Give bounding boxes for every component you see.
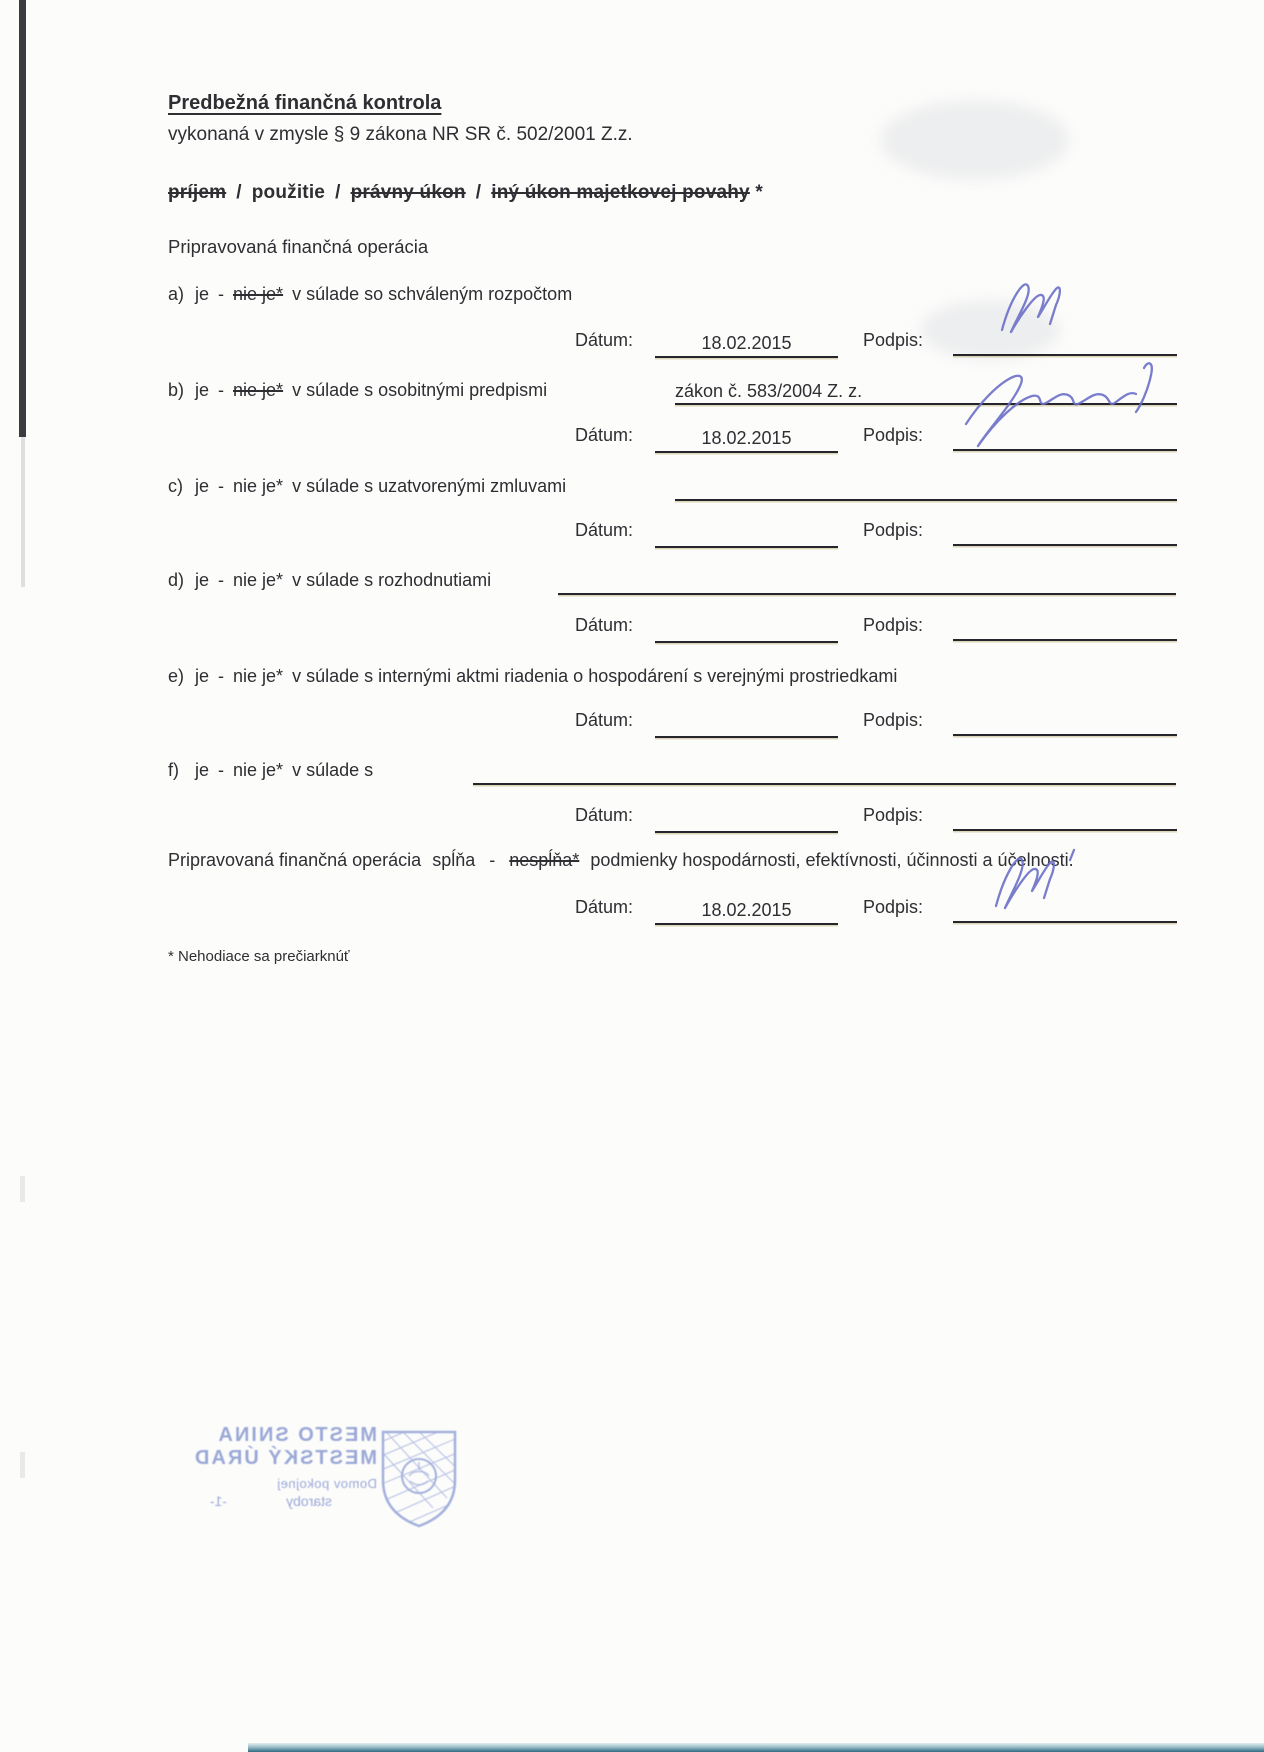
item-f-line: f)je-nie je*v súlade s [168, 758, 373, 782]
operation-type-line: príjem/použitie/právny úkon/iný úkon maj… [168, 182, 763, 204]
summary-fulfills: spĺňa [432, 850, 475, 870]
item-c-je: je [195, 476, 209, 496]
signature-label: Podpis: [863, 330, 923, 351]
signature-label: Podpis: [863, 805, 923, 826]
item-c-date-field [655, 516, 838, 548]
item-f-fill-field [473, 756, 1176, 785]
signature-label: Podpis: [863, 897, 923, 918]
item-f-signature-field [953, 801, 1177, 831]
summary-date-value: 18.02.2015 [701, 900, 791, 921]
item-b-date-field: 18.02.2015 [655, 421, 838, 453]
stamp-department-line: Domov pokojnej [193, 1476, 377, 1491]
scan-edge-artifact-bottom [248, 1743, 1264, 1752]
scanned-document-page: Predbežná finančná kontrola vykonaná v z… [0, 0, 1264, 1752]
item-a-dash: - [218, 284, 224, 304]
type-option-iny-ukon: iný úkon majetkovej povahy [491, 182, 750, 203]
date-label: Dátum: [575, 330, 633, 351]
item-d-date-field [655, 611, 838, 643]
date-label: Dátum: [575, 897, 633, 918]
date-label: Dátum: [575, 710, 633, 731]
item-b-letter: b) [168, 378, 195, 402]
footnote: * Nehodiace sa prečiarknúť [168, 948, 350, 965]
item-e-nieje: nie je* [233, 666, 283, 686]
item-f-je: je [195, 760, 209, 780]
item-e-je: je [195, 666, 209, 686]
item-e-dash: - [218, 666, 224, 686]
signature-label: Podpis: [863, 520, 923, 541]
item-f-nieje: nie je* [233, 760, 283, 780]
item-e-text: v súlade s internými aktmi riadenia o ho… [292, 666, 897, 686]
item-e-line: e)je-nie je*v súlade s internými aktmi r… [168, 664, 897, 688]
signature-label: Podpis: [863, 615, 923, 636]
date-label: Dátum: [575, 520, 633, 541]
type-separator: / [335, 182, 340, 203]
item-d-text: v súlade s rozhodnutiami [292, 570, 491, 590]
stamp-coat-of-arms-shield [377, 1428, 461, 1530]
summary-dash: - [489, 850, 495, 870]
scan-smudge [880, 100, 1070, 180]
handwritten-signature-summary [982, 840, 1092, 922]
item-b-je: je [195, 380, 209, 400]
item-b-text: v súlade s osobitnými predpismi [292, 380, 547, 400]
item-c-nieje: nie je* [233, 476, 283, 496]
item-f-date-signature-row: Dátum: Podpis: [0, 801, 1264, 831]
item-a-text: v súlade so schváleným rozpočtom [292, 284, 572, 304]
item-d-signature-field [953, 611, 1177, 641]
section-heading: Pripravovaná finančná operácia [168, 236, 428, 258]
item-a-date-value: 18.02.2015 [701, 333, 791, 354]
item-d-nieje: nie je* [233, 570, 283, 590]
item-c-line: c)je-nie je*v súlade s uzatvorenými zmlu… [168, 474, 566, 498]
item-c-date-signature-row: Dátum: Podpis: [0, 516, 1264, 546]
item-d-letter: d) [168, 568, 195, 592]
summary-line: Pripravovaná finančná operácia spĺňa - n… [168, 848, 1074, 872]
item-a-je: je [195, 284, 209, 304]
scan-edge-dash [20, 1452, 25, 1478]
item-f-letter: f) [168, 758, 195, 782]
item-a-date-field: 18.02.2015 [655, 326, 838, 358]
scan-edge-artifact-left [19, 0, 26, 437]
scan-edge-artifact-left-faint [21, 437, 25, 587]
type-option-pravny-ukon: právny úkon [351, 182, 466, 203]
item-d-fill-field [558, 566, 1176, 595]
item-c-fill-field [675, 472, 1177, 501]
item-c-signature-field [953, 516, 1177, 546]
item-a-line: a)je-nie je*v súlade so schváleným rozpo… [168, 282, 572, 306]
stamp-bottom-line: staroby -1- [193, 1493, 377, 1513]
item-e-letter: e) [168, 664, 195, 688]
item-d-date-signature-row: Dátum: Podpis: [0, 611, 1264, 641]
summary-prefix: Pripravovaná finančná operácia [168, 850, 421, 870]
stamp-page-mark: -1- [210, 1493, 227, 1509]
item-b-dash: - [218, 380, 224, 400]
stamp-department-line2: staroby [286, 1493, 332, 1509]
type-separator: / [476, 182, 481, 203]
handwritten-signature-a [990, 272, 1080, 342]
item-d-dash: - [218, 570, 224, 590]
item-c-dash: - [218, 476, 224, 496]
item-e-date-signature-row: Dátum: Podpis: [0, 706, 1264, 736]
item-a-letter: a) [168, 282, 195, 306]
type-separator: / [236, 182, 241, 203]
item-b-nieje: nie je* [233, 380, 283, 400]
item-a-nieje: nie je* [233, 284, 283, 304]
signature-label: Podpis: [863, 710, 923, 731]
item-e-date-field [655, 706, 838, 738]
item-d-je: je [195, 570, 209, 590]
type-asterisk: * [755, 182, 763, 203]
type-option-prijem: príjem [168, 182, 226, 203]
item-f-dash: - [218, 760, 224, 780]
date-label: Dátum: [575, 805, 633, 826]
item-b-line: b)je-nie je*v súlade s osobitnými predpi… [168, 378, 547, 402]
type-option-pouzitie: použitie [252, 182, 325, 203]
signature-label: Podpis: [863, 425, 923, 446]
item-f-text: v súlade s [292, 760, 373, 780]
document-title: Predbežná finančná kontrola [168, 92, 441, 115]
stamp-office-name: MESTSKÝ ÚRAD [193, 1447, 377, 1470]
item-b-fill-value: zákon č. 583/2004 Z. z. [675, 381, 862, 402]
item-f-date-field [655, 801, 838, 833]
scan-edge-dash [20, 1176, 25, 1202]
item-d-line: d)je-nie je*v súlade s rozhodnutiami [168, 568, 491, 592]
summary-not-fulfills: nespĺňa* [509, 850, 579, 870]
item-b-date-value: 18.02.2015 [701, 428, 791, 449]
stamp-text-block: MESTO SNINA MESTSKÝ ÚRAD Domov pokojnej … [193, 1424, 377, 1513]
summary-date-field: 18.02.2015 [655, 893, 838, 925]
stamp-city-name: MESTO SNINA [193, 1424, 377, 1447]
date-label: Dátum: [575, 425, 633, 446]
item-c-letter: c) [168, 474, 195, 498]
handwritten-signature-b [958, 350, 1183, 454]
document-subtitle: vykonaná v zmysle § 9 zákona NR SR č. 50… [168, 124, 633, 146]
item-c-text: v súlade s uzatvorenými zmluvami [292, 476, 566, 496]
date-label: Dátum: [575, 615, 633, 636]
item-e-signature-field [953, 706, 1177, 736]
